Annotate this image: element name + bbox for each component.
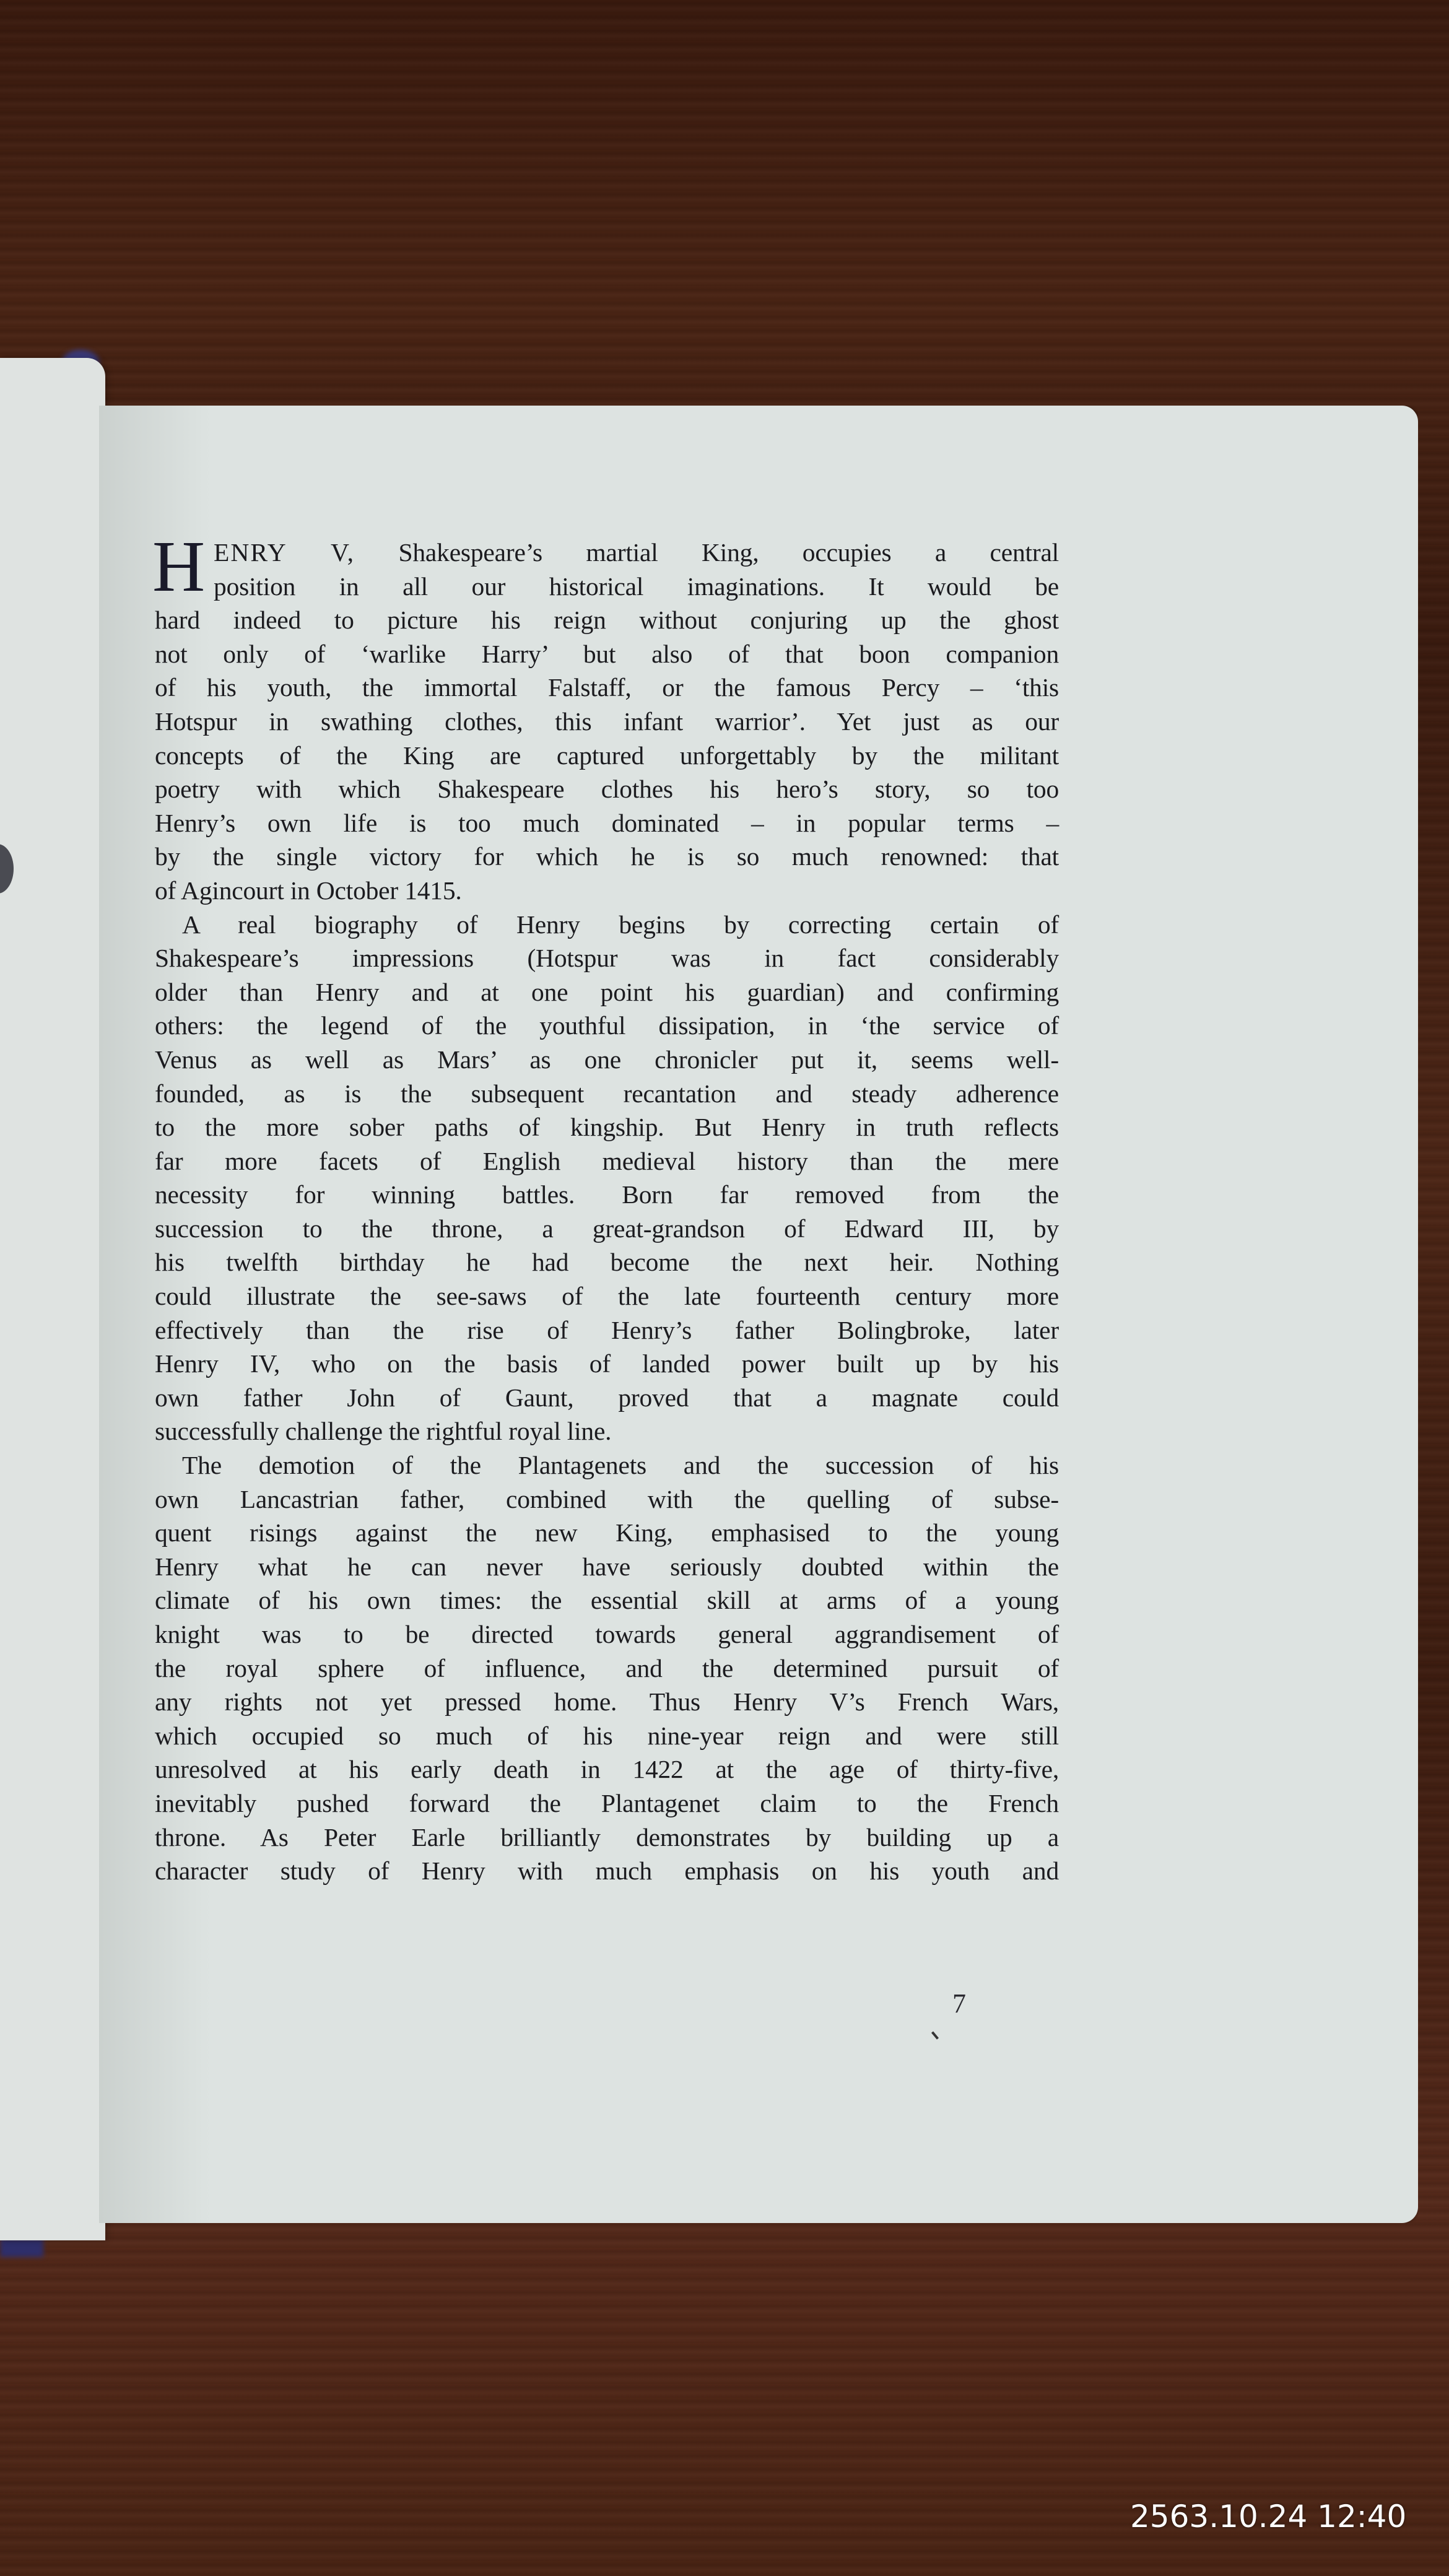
text-line: Venus as well as Mars’ as one chronicler… bbox=[155, 1043, 1059, 1077]
text-line: his twelfth birthday he had become the n… bbox=[155, 1245, 1059, 1279]
opening-small-caps: ENRY V, bbox=[214, 538, 355, 567]
text-line: by the single victory for which he is so… bbox=[155, 840, 1059, 874]
body-text: H ENRY V, Shakespeare’s martial King, oc… bbox=[155, 536, 1059, 1888]
text-line: A real biography of Henry begins by corr… bbox=[155, 908, 1059, 942]
facing-page-edge bbox=[0, 358, 105, 2240]
book-cover-edge bbox=[0, 2239, 43, 2257]
text-line: ENRY V, Shakespeare’s martial King, occu… bbox=[155, 536, 1059, 570]
text-line: knight was to be directed towards genera… bbox=[155, 1617, 1059, 1651]
text-line: Shakespeare’s impressions (Hotspur was i… bbox=[155, 941, 1059, 975]
text-line: inevitably pushed forward the Plantagene… bbox=[155, 1786, 1059, 1821]
paragraph-3: The demotion of the Plantagenets and the… bbox=[155, 1448, 1059, 1888]
text-line: could illustrate the see-saws of the lat… bbox=[155, 1279, 1059, 1313]
text-line: Henry’s own life is too much dominated –… bbox=[155, 806, 1059, 840]
text-line: older than Henry and at one point his gu… bbox=[155, 975, 1059, 1009]
text-line: any rights not yet pressed home. Thus He… bbox=[155, 1685, 1059, 1719]
text-line: far more facets of English medieval hist… bbox=[155, 1144, 1059, 1178]
text-line: unresolved at his early death in 1422 at… bbox=[155, 1752, 1059, 1786]
text-line: position in all our historical imaginati… bbox=[155, 570, 1059, 604]
text-line: the royal sphere of influence, and the d… bbox=[155, 1651, 1059, 1686]
text-line: Hotspur in swathing clothes, this infant… bbox=[155, 705, 1059, 739]
text-line: quent risings against the new King, emph… bbox=[155, 1516, 1059, 1550]
text-line: not only of ‘warlike Harry’ but also of … bbox=[155, 637, 1059, 671]
text-line: character study of Henry with much empha… bbox=[155, 1854, 1059, 1888]
paragraph-1: H ENRY V, Shakespeare’s martial King, oc… bbox=[155, 536, 1059, 908]
page-number: 7 bbox=[952, 1988, 966, 2019]
text-line: of Agincourt in October 1415. bbox=[155, 874, 1059, 908]
text-line: to the more sober paths of kingship. But… bbox=[155, 1110, 1059, 1144]
paragraph-2: A real biography of Henry begins by corr… bbox=[155, 908, 1059, 1449]
text-line: successfully challenge the rightful roya… bbox=[155, 1414, 1059, 1448]
ink-speck bbox=[931, 2031, 939, 2039]
text-line: hard indeed to picture his reign without… bbox=[155, 603, 1059, 637]
drop-cap: H bbox=[152, 538, 205, 595]
text-line: of his youth, the immortal Falstaff, or … bbox=[155, 671, 1059, 705]
text-line: own father John of Gaunt, proved that a … bbox=[155, 1381, 1059, 1415]
facing-page-mark bbox=[0, 844, 14, 894]
text-line: necessity for winning battles. Born far … bbox=[155, 1178, 1059, 1212]
text-line: own Lancastrian father, combined with th… bbox=[155, 1482, 1059, 1516]
text-line: others: the legend of the youthful dissi… bbox=[155, 1009, 1059, 1043]
photo-timestamp: 2563.10.24 12:40 bbox=[1130, 2499, 1406, 2535]
text-line: poetry with which Shakespeare clothes hi… bbox=[155, 772, 1059, 806]
text-line: effectively than the rise of Henry’s fat… bbox=[155, 1313, 1059, 1347]
book-page: H ENRY V, Shakespeare’s martial King, oc… bbox=[99, 406, 1418, 2223]
text-line: concepts of the King are captured unforg… bbox=[155, 739, 1059, 773]
text-line: Henry what he can never have seriously d… bbox=[155, 1550, 1059, 1584]
text-line: succession to the throne, a great-grands… bbox=[155, 1212, 1059, 1246]
text-line: throne. As Peter Earle brilliantly demon… bbox=[155, 1821, 1059, 1855]
text-line: climate of his own times: the essential … bbox=[155, 1583, 1059, 1617]
text-line: Henry IV, who on the basis of landed pow… bbox=[155, 1347, 1059, 1381]
text-line: founded, as is the subsequent recantatio… bbox=[155, 1077, 1059, 1111]
text-line: which occupied so much of his nine-year … bbox=[155, 1719, 1059, 1753]
text-line: The demotion of the Plantagenets and the… bbox=[155, 1448, 1059, 1482]
